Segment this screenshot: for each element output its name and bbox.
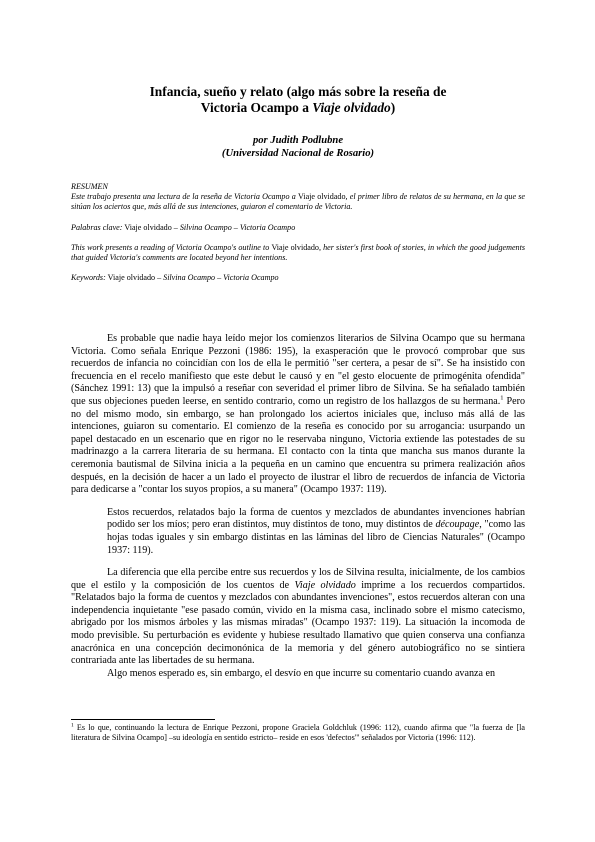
footnote-text: Es lo que, continuando la lectura de Enr… (71, 723, 525, 742)
spacer (71, 213, 525, 223)
paragraph-3: Algo menos esperado es, sin embargo, el … (71, 668, 525, 681)
author-affiliation: (Universidad Nacional de Rosario) (71, 147, 525, 160)
title-line-2-text: Victoria Ocampo a (201, 100, 312, 115)
abstract-es-text-1: Este trabajo presenta una lectura de la … (71, 192, 298, 201)
keywords-es-book: Viaje olvidado (122, 223, 171, 232)
title-line-1: Infancia, sueño y relato (algo más sobre… (71, 84, 525, 100)
paragraph-1: Es probable que nadie haya leído mejor l… (71, 333, 525, 497)
keywords-en-label: Keywords: (71, 273, 106, 282)
abstract-heading: RESUMEN (71, 182, 525, 192)
keywords-spanish: Palabras clave: Viaje olvidado – Silvina… (71, 223, 525, 233)
abstract-en-book: Viaje olvidado (271, 243, 319, 252)
keywords-es-label: Palabras clave: (71, 223, 122, 232)
keywords-en-rest: – Silvina Ocampo – Victoria Ocampo (155, 273, 279, 282)
abstract-english: This work presents a reading of Victoria… (71, 243, 525, 263)
block-quote: Estos recuerdos, relatados bajo la forma… (107, 507, 525, 557)
author-byline: por Judith Podlubne (71, 134, 525, 147)
title-line-2: Victoria Ocampo a Viaje olvidado) (71, 100, 525, 116)
abstract-es-book: Viaje olvidado (298, 192, 346, 201)
title-book-name: Viaje olvidado (312, 100, 390, 115)
paragraph-1-text-a: Es probable que nadie haya leído mejor l… (71, 333, 525, 407)
abstract-en-text-1: This work presents a reading of Victoria… (71, 243, 271, 252)
body-text: Es probable que nadie haya leído mejor l… (71, 333, 525, 680)
paragraph-2: La diferencia que ella percibe entre sus… (71, 567, 525, 668)
spacer (71, 233, 525, 243)
keywords-en-book: Viaje olvidado (106, 273, 155, 282)
abstract-spanish: Este trabajo presenta una lectura de la … (71, 192, 525, 212)
abstract-section: RESUMEN Este trabajo presenta una lectur… (71, 182, 525, 283)
paragraph-2-text-b: imprime a los recuerdos compartidos. "Re… (71, 580, 525, 667)
keywords-es-rest: – Silvina Ocampo – Victoria Ocampo (172, 223, 296, 232)
title-line-2-close: ) (391, 100, 395, 115)
footnote-1: 1 Es lo que, continuando la lectura de E… (71, 723, 525, 744)
spacer (71, 263, 525, 273)
footnote-separator (71, 719, 215, 720)
paper-title: Infancia, sueño y relato (algo más sobre… (71, 84, 525, 116)
paragraph-1-text-b: Pero no del mismo modo, sin embargo, se … (71, 396, 525, 495)
paragraph-2-book: Viaje olvidado (295, 580, 356, 591)
keywords-english: Keywords: Viaje olvidado – Silvina Ocamp… (71, 273, 525, 283)
author-block: por Judith Podlubne (Universidad Naciona… (71, 134, 525, 160)
quote-italic-term: découpage (435, 519, 479, 530)
